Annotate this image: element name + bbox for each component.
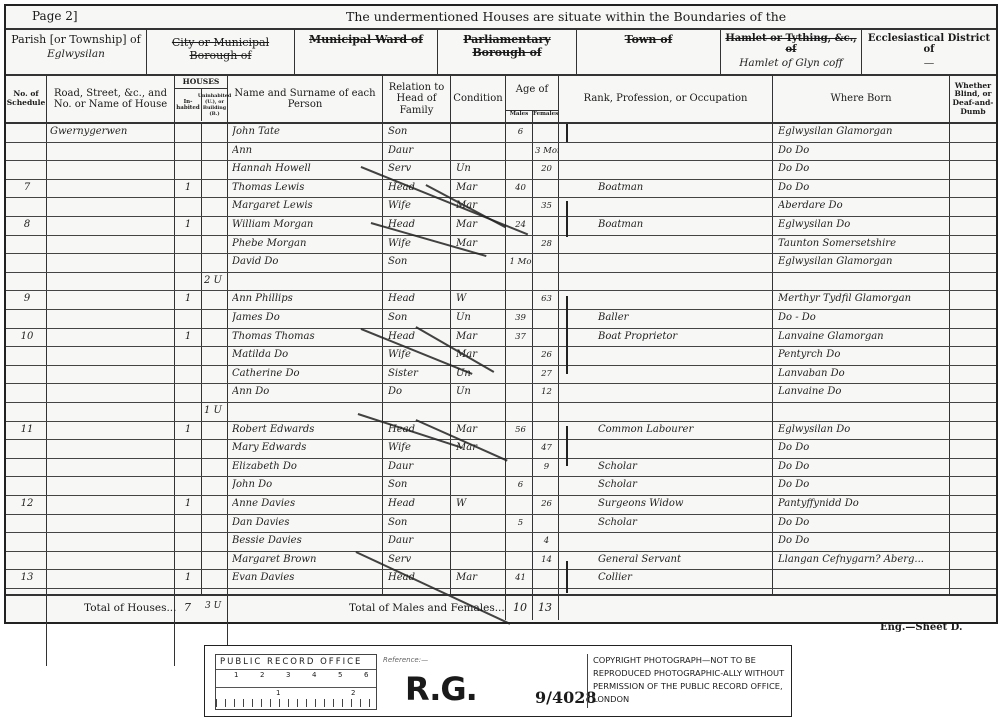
header-relation: Relation to Head of Family [383,76,451,122]
relation: Wife [388,439,448,458]
age-male: 5 [509,514,532,533]
table-row: 111Robert EdwardsHeadMar56Common Laboure… [6,421,996,441]
age-female: 14 [535,551,558,570]
houses-uninhabited [204,365,226,384]
blind-deaf [954,402,994,421]
road-name [50,290,172,309]
birthplace: Do Do [778,160,948,179]
blind-deaf [954,328,994,347]
blind-deaf [954,383,994,402]
age-male [509,439,532,458]
schedule-number [10,309,44,328]
houses-inhabited [178,160,198,179]
table-row: Matilda DoWifeMar26Pentyrch Do [6,346,996,366]
blind-deaf [954,458,994,477]
boundary-parish: Parish [or Township] of Eglwysilan [6,30,147,74]
occupation-bracket [566,426,568,466]
occupation: Scholar [578,476,790,495]
houses-uninhabited [204,458,226,477]
road-name [50,253,172,272]
total-females: 13 [538,601,552,614]
age-female [535,216,558,235]
total-houses-uninhabited: 3 U [205,601,221,611]
age-male [509,160,532,179]
age-female: 26 [535,495,558,514]
houses-inhabited: 1 [178,179,198,198]
total-houses-label: Total of Houses... [84,602,176,614]
houses-inhabited [178,365,198,384]
blind-deaf [954,123,994,142]
condition [456,123,504,142]
table-row: Dan DaviesSon5ScholarDo Do [6,514,996,534]
boundary-ward: Municipal Ward of [295,30,438,74]
occupation [578,123,790,142]
condition [456,551,504,570]
person-name: David Do [232,253,380,272]
person-name: Robert Edwards [232,421,380,440]
table-row: 2 U [6,272,996,292]
boundary-borough: City or Municipal Borough of [147,30,295,74]
road-name [50,532,172,551]
birthplace: Do Do [778,532,948,551]
schedule-number: 11 [10,421,44,440]
table-row: Ann DoDoUn12Lanvaine Do [6,383,996,403]
total-houses-inhabited: 7 [184,601,191,614]
age-female [535,309,558,328]
total-males: 10 [513,601,527,614]
occupation: Collier [578,569,790,588]
houses-uninhabited [204,309,226,328]
age-male [509,346,532,365]
header-name: Name and Surname of each Person [228,76,383,122]
houses-inhabited [178,123,198,142]
schedule-number [10,142,44,161]
blind-deaf [954,439,994,458]
houses-inhabited: 1 [178,569,198,588]
blind-deaf [954,569,994,588]
age-female: 9 [535,458,558,477]
age-male: 56 [509,421,532,440]
road-name [50,383,172,402]
blind-deaf [954,142,994,161]
road-name [50,476,172,495]
age-female: 27 [535,365,558,384]
condition: Mar [456,179,504,198]
road-name [50,514,172,533]
occupation: Common Labourer [578,421,790,440]
person-name: Bessie Davies [232,532,380,551]
condition [456,142,504,161]
blind-deaf [954,272,994,291]
condition: W [456,495,504,514]
birthplace: Lanvaban Do [778,365,948,384]
schedule-number [10,458,44,477]
houses-uninhabited [204,142,226,161]
sheet-label: Eng.—Sheet D. [880,622,962,633]
birthplace: Do Do [778,142,948,161]
table-row: Elizabeth DoDaur9ScholarDo Do [6,458,996,478]
age-female [535,421,558,440]
person-name: Dan Davies [232,514,380,533]
birthplace: Eglwysilan Do [778,421,948,440]
birthplace [778,569,948,588]
road-name [50,216,172,235]
condition: Mar [456,569,504,588]
houses-inhabited: 1 [178,290,198,309]
houses-inhabited: 1 [178,421,198,440]
schedule-number: 9 [10,290,44,309]
table-row: 91Ann PhillipsHeadW63Merthyr Tydfil Glam… [6,290,996,310]
blind-deaf [954,179,994,198]
boundaries-row: Parish [or Township] of Eglwysilan City … [6,30,996,76]
condition: Un [456,160,504,179]
relation [388,272,448,291]
occupation: Boatman [578,216,790,235]
road-name [50,160,172,179]
condition: Mar [456,328,504,347]
age-male [509,365,532,384]
boundary-hamlet: Hamlet or Tything, &c., of Hamlet of Gly… [721,30,862,74]
houses-inhabited [178,514,198,533]
schedule-number [10,514,44,533]
blind-deaf [954,421,994,440]
person-name: Ann Do [232,383,380,402]
occupation [578,272,790,291]
occupation [578,142,790,161]
birthplace: Merthyr Tydfil Glamorgan [778,290,948,309]
age-male [509,495,532,514]
table-row: Bessie DaviesDaur4Do Do [6,532,996,552]
birthplace: Pantyffynidd Do [778,495,948,514]
reference-class: R.G. [405,670,477,708]
age-female: 35 [535,197,558,216]
houses-uninhabited [204,328,226,347]
road-name [50,439,172,458]
schedule-number [10,123,44,142]
birthplace: Eglwysilan Glamorgan [778,123,948,142]
table-row: Margaret BrownServ14General ServantLlang… [6,551,996,571]
road-name [50,235,172,254]
condition: Mar [456,216,504,235]
houses-inhabited [178,235,198,254]
birthplace: Do Do [778,179,948,198]
table-row: 1 U [6,402,996,422]
schedule-number [10,235,44,254]
birthplace: Pentyrch Do [778,346,948,365]
person-name: Hannah Howell [232,160,380,179]
road-name [50,421,172,440]
houses-uninhabited [204,476,226,495]
relation: Daur [388,532,448,551]
blind-deaf [954,160,994,179]
person-name [232,402,380,421]
age-female [535,328,558,347]
age-male [509,142,532,161]
table-row: AnnDaur3 MonthsDo Do [6,142,996,162]
condition: Mar [456,235,504,254]
table-row: 121Anne DaviesHeadW26Surgeons WidowPanty… [6,495,996,515]
table-row: David DoSon1 MoEglwysilan Glamorgan [6,253,996,273]
relation: Son [388,123,448,142]
condition: Un [456,309,504,328]
blind-deaf [954,495,994,514]
houses-uninhabited [204,569,226,588]
person-name: John Do [232,476,380,495]
houses-inhabited [178,309,198,328]
blind-deaf [954,197,994,216]
condition [456,476,504,495]
condition [456,514,504,533]
age-female [535,476,558,495]
blind-deaf [954,532,994,551]
road-name [50,458,172,477]
table-row: 131Evan DaviesHeadMar41Collier [6,569,996,589]
schedule-number [10,532,44,551]
condition: Un [456,383,504,402]
schedule-number [10,346,44,365]
age-male: 41 [509,569,532,588]
birthplace [778,272,948,291]
header-road: Road, Street, &c., and No. or Name of Ho… [47,76,175,122]
schedule-number [10,160,44,179]
road-name [50,179,172,198]
occupation: Boat Proprietor [578,328,790,347]
occupation-bracket [566,124,568,142]
person-name: James Do [232,309,380,328]
occupation [578,383,790,402]
table-row: Phebe MorganWifeMar28Taunton Somersetshi… [6,235,996,255]
relation: Son [388,253,448,272]
person-name: Mary Edwards [232,439,380,458]
age-male: 1 Mo [509,253,532,272]
occupation [578,197,790,216]
houses-uninhabited [204,216,226,235]
person-name: Margaret Lewis [232,197,380,216]
birthplace: Do Do [778,514,948,533]
relation: Head [388,495,448,514]
road-name [50,142,172,161]
age-male: 6 [509,476,532,495]
houses-uninhabited [204,532,226,551]
occupation [578,253,790,272]
boundary-ecclesiastical: Ecclesiastical District of — [862,30,996,74]
ruler-scale: 1 2 3 4 5 6 1 2 [216,669,376,709]
schedule-number: 7 [10,179,44,198]
houses-inhabited: 1 [178,328,198,347]
blind-deaf [954,514,994,533]
road-name [50,365,172,384]
houses-uninhabited [204,421,226,440]
person-name: William Morgan [232,216,380,235]
houses-uninhabited [204,439,226,458]
houses-inhabited [178,142,198,161]
age-male: 37 [509,328,532,347]
age-male [509,402,532,421]
road-name [50,402,172,421]
birthplace: Aberdare Do [778,197,948,216]
occupation-bracket [566,561,568,593]
census-sheet: Page 2] The undermentioned Houses are si… [4,4,998,624]
person-name: Elizabeth Do [232,458,380,477]
relation: Wife [388,197,448,216]
blind-deaf [954,235,994,254]
relation: Son [388,476,448,495]
schedule-number [10,272,44,291]
birthplace: Eglwysilan Do [778,216,948,235]
blind-deaf [954,365,994,384]
road-name [50,551,172,570]
table-row: Hannah HowellServUn20Do Do [6,160,996,180]
condition: Mar [456,421,504,440]
header-blind: Whether Blind, or Deaf-and-Dumb [950,76,996,122]
person-name: Anne Davies [232,495,380,514]
birthplace: Lanvaine Glamorgan [778,328,948,347]
houses-uninhabited [204,551,226,570]
person-name: Evan Davies [232,569,380,588]
table-row: Catherine DoSisterUn27Lanvaban Do [6,365,996,385]
condition: W [456,290,504,309]
schedule-number: 12 [10,495,44,514]
road-name: Gwernygerwen [50,123,172,142]
person-name: Ann [232,142,380,161]
relation: Daur [388,142,448,161]
page-header: Page 2] The undermentioned Houses are si… [6,6,996,30]
schedule-number [10,365,44,384]
age-female: 28 [535,235,558,254]
houses-uninhabited [204,235,226,254]
blind-deaf [954,216,994,235]
houses-uninhabited [204,253,226,272]
reference-label: Reference:— [383,656,428,664]
houses-inhabited [178,551,198,570]
relation: Do [388,383,448,402]
table-row: 71Thomas LewisHeadMar40BoatmanDo Do [6,179,996,199]
houses-uninhabited: 2 U [204,272,226,291]
header-schedule: No. of Schedule [6,76,47,122]
road-name [50,309,172,328]
copyright-notice: COPYRIGHT PHOTOGRAPH—NOT TO BE REPRODUCE… [587,654,789,708]
houses-inhabited [178,253,198,272]
occupation: Boatman [578,179,790,198]
houses-inhabited: 1 [178,216,198,235]
schedule-number: 10 [10,328,44,347]
header-occupation: Rank, Profession, or Occupation [559,76,773,122]
header-born: Where Born [773,76,950,122]
age-female [535,272,558,291]
boundary-town: Town of [577,30,721,74]
houses-inhabited [178,197,198,216]
condition [456,532,504,551]
occupation [578,402,790,421]
houses-inhabited [178,346,198,365]
age-male: 6 [509,123,532,142]
blind-deaf [954,290,994,309]
relation: Serv [388,551,448,570]
condition [456,402,504,421]
age-female [535,514,558,533]
birthplace: Eglwysilan Glamorgan [778,253,948,272]
houses-uninhabited [204,123,226,142]
age-female: 47 [535,439,558,458]
road-name [50,272,172,291]
page-label: Page 2] [32,9,78,23]
age-male [509,551,532,570]
birthplace: Llangan Cefnygarn? Aberg... [778,551,948,570]
blind-deaf [954,551,994,570]
relation: Serv [388,160,448,179]
schedule-number [10,253,44,272]
header-males: Males [506,110,533,122]
condition [456,458,504,477]
occupation [578,290,790,309]
occupation [578,532,790,551]
birthplace: Do - Do [778,309,948,328]
occupation: Surgeons Widow [578,495,790,514]
record-office-stamp: PUBLIC RECORD OFFICE 1 2 3 4 5 6 1 2 Ref… [204,645,792,717]
total-persons-label: Total of Males and Females... [349,602,505,614]
blind-deaf [954,476,994,495]
blind-deaf [954,309,994,328]
age-male [509,235,532,254]
page-title: The undermentioned Houses are situate wi… [346,9,786,24]
occupation [578,160,790,179]
blind-deaf [954,253,994,272]
age-male: 39 [509,309,532,328]
birthplace: Taunton Somersetshire [778,235,948,254]
table-row: Margaret LewisWifeMar35Aberdare Do [6,197,996,217]
houses-inhabited [178,272,198,291]
houses-uninhabited [204,197,226,216]
hamlet-value: Hamlet of Glyn coff [721,57,861,69]
schedule-number [10,439,44,458]
age-female: 26 [535,346,558,365]
office-name: PUBLIC RECORD OFFICE [216,655,376,670]
houses-inhabited: 1 [178,495,198,514]
age-female [535,569,558,588]
table-row: James DoSonUn39BallerDo - Do [6,309,996,329]
road-name [50,197,172,216]
houses-uninhabited: 1 U [204,402,226,421]
ecclesiastical-value: — [862,57,996,69]
age-male [509,272,532,291]
schedule-number [10,402,44,421]
houses-inhabited [178,458,198,477]
column-headers: No. of Schedule Road, Street, &c., and N… [6,76,996,124]
table-row: GwernygerwenJohn TateSon6Eglwysilan Glam… [6,123,996,143]
table-row: 101Thomas ThomasHeadMar37Boat Proprietor… [6,328,996,348]
relation [388,402,448,421]
birthplace: Do Do [778,458,948,477]
age-male [509,532,532,551]
age-female [535,179,558,198]
person-name: Ann Phillips [232,290,380,309]
office-ruler: PUBLIC RECORD OFFICE 1 2 3 4 5 6 1 2 [215,654,377,710]
header-condition: Condition [451,76,506,122]
houses-uninhabited [204,179,226,198]
person-name: Catherine Do [232,365,380,384]
schedule-number: 8 [10,216,44,235]
birthplace: Do Do [778,476,948,495]
age-female [535,123,558,142]
occupation: General Servant [578,551,790,570]
age-female: 12 [535,383,558,402]
header-uninhabited: Uninhabited (U.), or Building (B.) [202,88,227,121]
occupation-bracket [566,296,568,374]
birthplace: Lanvaine Do [778,383,948,402]
road-name [50,495,172,514]
relation: Daur [388,458,448,477]
person-name: Matilda Do [232,346,380,365]
